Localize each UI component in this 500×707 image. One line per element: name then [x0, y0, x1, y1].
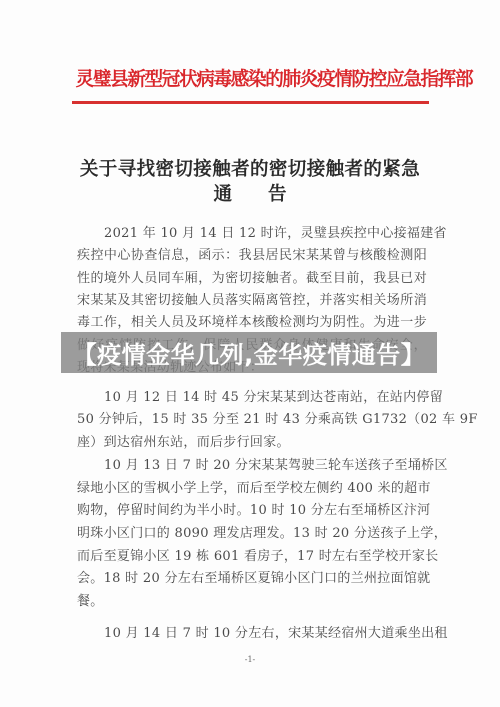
body-line: 50 分钟后，15 时 35 分至 21 时 43 分乘高铁 G1732（02 …: [77, 412, 427, 428]
overlay-title: 【疫情金华几列,金华疫情通告】: [73, 335, 426, 370]
body-line: 疾控中心协查信息，函示：我县居民宋某某曾与核酸检测阳: [77, 248, 427, 264]
body-line: 而后至夏锦小区 19 栋 601 看房子，17 时左右至学校开家长: [77, 549, 427, 565]
doc-title-line1: 关于寻找密切接触者的密切接触者的紧急: [60, 155, 440, 181]
body-line: 性的境外人员同车厢，为密切接触者。截至目前，我县已对: [77, 271, 427, 287]
page-number: -1-: [0, 655, 500, 664]
body-line: 毒工作，相关人员及环境样本核酸检测均为阴性。为进一步: [77, 315, 427, 331]
body-line: 座）到达宿州东站，而后步行回家。: [77, 435, 427, 451]
body-line: 10 月 13 日 7 时 20 分宋某某驾驶三轮车送孩子至埇桥区: [104, 458, 427, 474]
org-header: 灵璧县新型冠状病毒感染的肺炎疫情防控应急指挥部: [76, 64, 426, 91]
body-line: 餐。: [77, 594, 427, 610]
body-line: 10 月 12 日 14 时 45 分宋某某到达苍南站，在站内停留: [104, 390, 427, 406]
overlay-title-banner: 【疫情金华几列,金华疫情通告】: [61, 332, 437, 373]
body-line: 2021 年 10 月 14 日 12 时许，灵璧县疾控中心接福建省: [104, 226, 427, 242]
body-line: 10 月 14 日 7 时 10 分左右，宋某某经宿州大道乘坐出租: [104, 626, 427, 642]
body-line: 绿地小区的雪枫小学上学，而后至学校左侧约 400 米的超市: [77, 481, 427, 497]
doc-title-line2: 通告: [60, 180, 440, 206]
red-header-rule: [72, 101, 429, 104]
body-line: 宋某某及其密切接触人员落实隔离管控，并落实相关场所消: [77, 293, 427, 309]
document-page: 灵璧县新型冠状病毒感染的肺炎疫情防控应急指挥部 关于寻找密切接触者的密切接触者的…: [0, 0, 500, 707]
body-line: 明珠小区门口的 8090 理发店理发。13 时 20 分送孩子上学，: [77, 526, 427, 542]
body-line: 购物，停留时间约为半小时。10 时 10 分左右至埇桥区汴河: [77, 503, 427, 519]
body-line: 会。18 时 20 分左右至埇桥区夏锦小区门口的兰州拉面馆就: [77, 571, 427, 587]
